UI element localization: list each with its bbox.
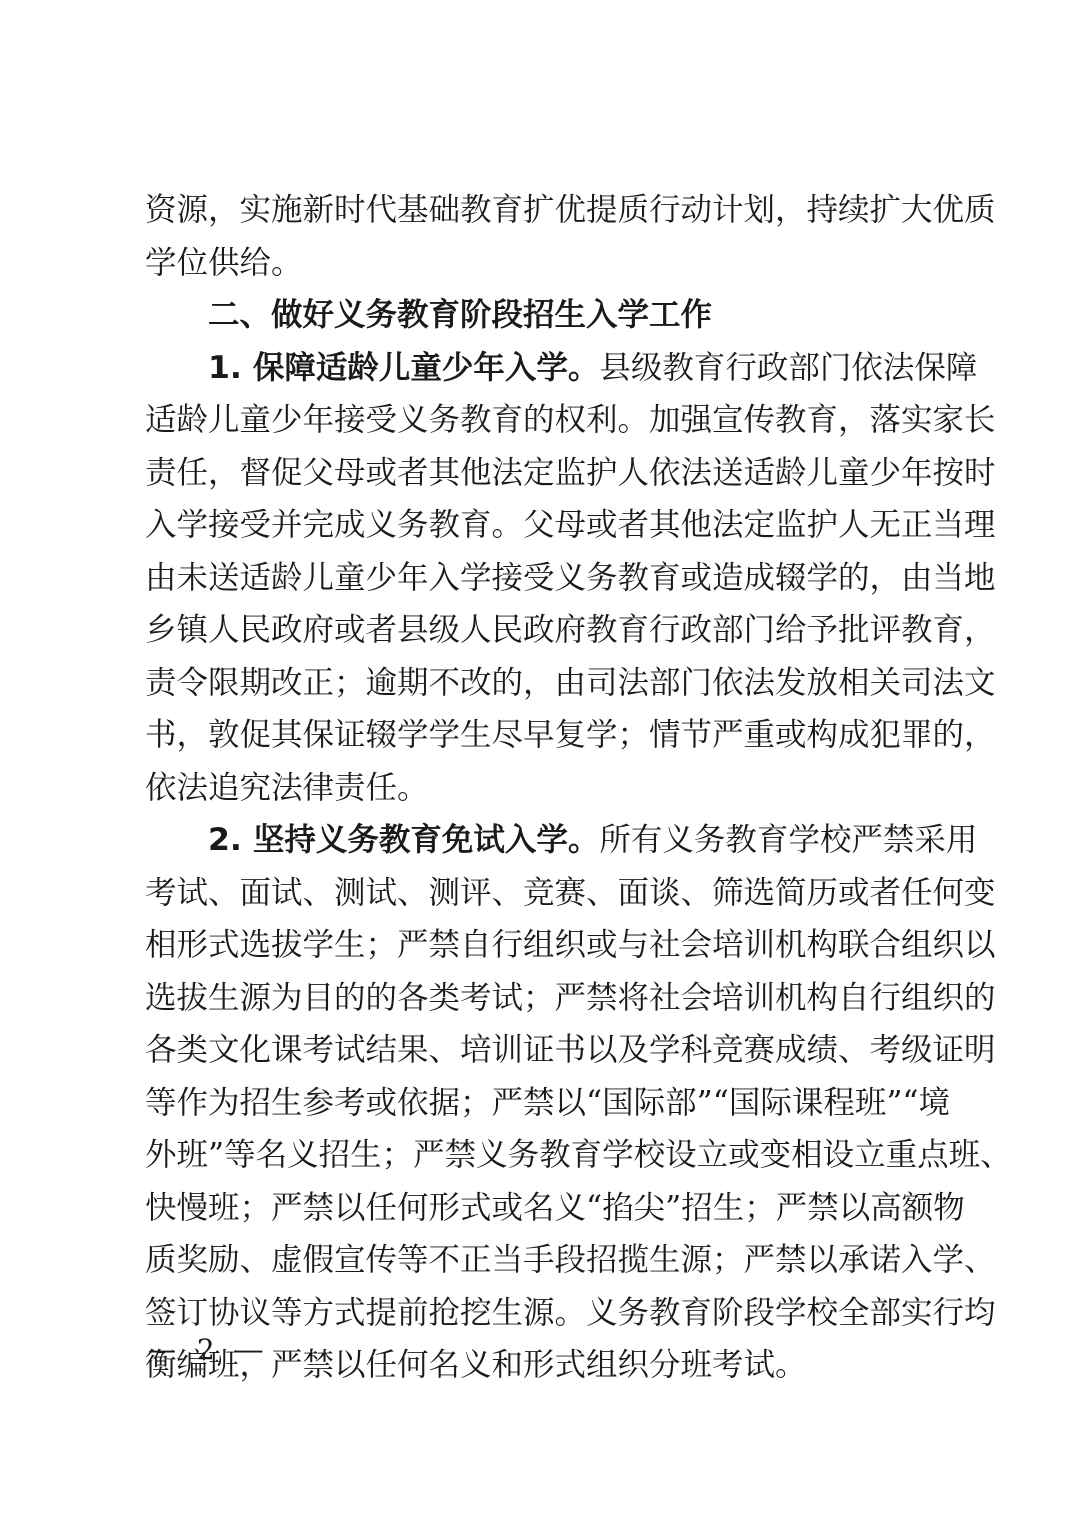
paragraph-line: 入学接受并完成义务教育。父母或者其他法定监护人无正当理	[145, 499, 941, 552]
paragraph-line: 依法追究法律责任。	[145, 762, 941, 815]
paragraph-line: 学位供给。	[145, 237, 941, 290]
item1-text: 县级教育行政部门依法保障	[599, 350, 977, 386]
page-number: — 2 —	[148, 1330, 270, 1370]
paragraph-line: 各类文化课考试结果、培训证书以及学科竞赛成绩、考级证明	[145, 1024, 941, 1077]
item1-title: 1. 保障适龄儿童少年入学。	[208, 350, 599, 386]
paragraph-line: 责令限期改正；逾期不改的，由司法部门依法发放相关司法文	[145, 657, 941, 710]
document-body: 资源，实施新时代基础教育扩优提质行动计划，持续扩大优质 学位供给。 二、做好义务…	[145, 184, 941, 1392]
paragraph-line: 快慢班；严禁以任何形式或名义“掐尖”招生；严禁以高额物	[145, 1182, 941, 1235]
section-heading: 二、做好义务教育阶段招生入学工作	[145, 289, 941, 342]
paragraph-line: 外班”等名义招生；严禁义务教育学校设立或变相设立重点班、	[145, 1129, 941, 1182]
paragraph-line: 考试、面试、测试、测评、竞赛、面谈、筛选简历或者任何变	[145, 867, 941, 920]
paragraph-line: 选拔生源为目的的各类考试；严禁将社会培训机构自行组织的	[145, 972, 941, 1025]
paragraph-line: 由未送适龄儿童少年入学接受义务教育或造成辍学的，由当地	[145, 552, 941, 605]
paragraph-line: 资源，实施新时代基础教育扩优提质行动计划，持续扩大优质	[145, 184, 941, 237]
paragraph-line: 质奖励、虚假宣传等不正当手段招揽生源；严禁以承诺入学、	[145, 1234, 941, 1287]
paragraph-line: 等作为招生参考或依据；严禁以“国际部”“国际课程班”“境	[145, 1077, 941, 1130]
item2-first-line: 2. 坚持义务教育免试入学。所有义务教育学校严禁采用	[145, 814, 941, 867]
paragraph-line: 乡镇人民政府或者县级人民政府教育行政部门给予批评教育，	[145, 604, 941, 657]
paragraph-line: 相形式选拔学生；严禁自行组织或与社会培训机构联合组织以	[145, 919, 941, 972]
item1-first-line: 1. 保障适龄儿童少年入学。县级教育行政部门依法保障	[145, 342, 941, 395]
item2-text: 所有义务教育学校严禁采用	[599, 822, 977, 858]
paragraph-line: 责任，督促父母或者其他法定监护人依法送适龄儿童少年按时	[145, 447, 941, 500]
item2-title: 2. 坚持义务教育免试入学。	[208, 822, 599, 858]
paragraph-line: 书，敦促其保证辍学学生尽早复学；情节严重或构成犯罪的，	[145, 709, 941, 762]
paragraph-line: 适龄儿童少年接受义务教育的权利。加强宣传教育，落实家长	[145, 394, 941, 447]
